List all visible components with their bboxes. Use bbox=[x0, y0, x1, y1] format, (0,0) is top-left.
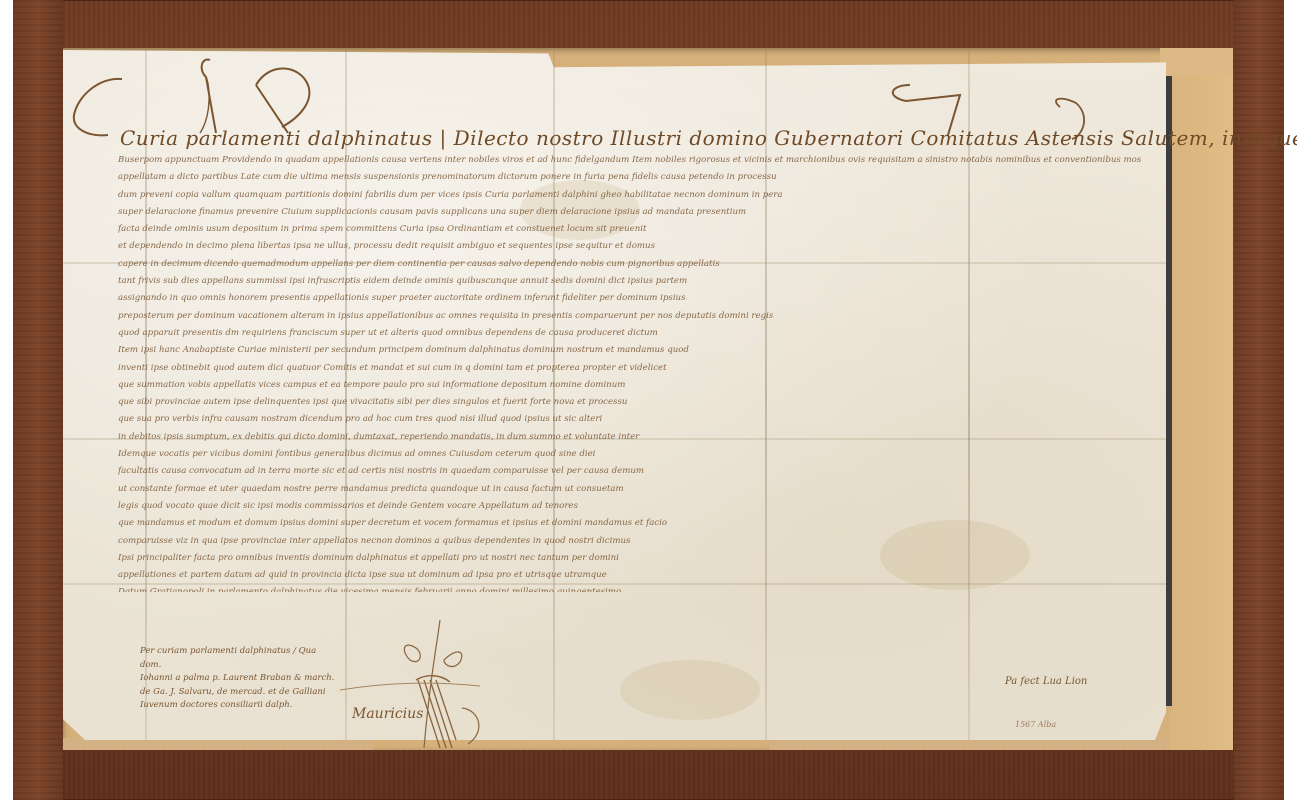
body-line: super delaracione finamus prevenire Ciui… bbox=[118, 204, 1166, 221]
document-heading: Curia parlamenti dalphinatus | Dilecto n… bbox=[120, 126, 1170, 150]
body-line: Ipsi principaliter facta pro omnibus inv… bbox=[118, 550, 1166, 567]
body-line: tant frivis sub dies appellans summissi … bbox=[118, 273, 1166, 290]
signature-left: Mauricius bbox=[352, 706, 423, 722]
body-line: que mandamus et modum et domum ipsius do… bbox=[118, 515, 1166, 532]
subscription-line: Iohanni a palma p. Laurent Braban & marc… bbox=[140, 672, 340, 686]
body-line: inventi ipse obtinebit quod autem dici q… bbox=[118, 360, 1166, 377]
body-line: in debitos ipsis sumptum, ex debitis qui… bbox=[118, 429, 1166, 446]
body-line: quod apparuit presentis dm requiriens fr… bbox=[118, 325, 1166, 342]
body-line: appellationes et partem datum ad quid in… bbox=[118, 567, 1166, 584]
subscription-line: Per curiam parlamenti dalphinatus / Qua … bbox=[140, 645, 340, 672]
body-line: preposterum per dominum vacationem alter… bbox=[118, 308, 1166, 325]
mat-right-panel bbox=[1170, 75, 1233, 750]
body-line: comparuisse viz in qua ipse provinciae i… bbox=[118, 533, 1166, 550]
body-line: facultatis causa convocatum ad in terra … bbox=[118, 463, 1166, 480]
archival-notation: 1567 Alba bbox=[1015, 720, 1056, 729]
body-line: legis quod vocato quae dicit sic ipsi mo… bbox=[118, 498, 1166, 515]
body-line: Datum Gratianopoli in parlamento dalphin… bbox=[118, 584, 1166, 592]
body-line: capere in decimum dicendo quemadmodum ap… bbox=[118, 256, 1166, 273]
document-body: Buserpom appunctuam Providendo in quadam… bbox=[118, 152, 1166, 592]
frame-left-rail bbox=[13, 0, 63, 800]
stain bbox=[620, 660, 760, 720]
signature-right: Pa fect Lua Lion bbox=[1005, 676, 1087, 687]
mat-right-top-panel bbox=[1160, 48, 1233, 77]
body-line: Idemque vocatis per vicibus domini fonti… bbox=[118, 446, 1166, 463]
body-line: que sua pro verbis infra causam nostram … bbox=[118, 411, 1166, 428]
subscription-block: Per curiam parlamenti dalphinatus / Qua … bbox=[140, 645, 340, 713]
body-line: facta deinde ominis usum depositum in pr… bbox=[118, 221, 1166, 238]
body-line: Item ipsi hanc Anabaptiste Curiae minist… bbox=[118, 342, 1166, 359]
body-line: que summation vobis appellatis vices cam… bbox=[118, 377, 1166, 394]
body-line: Buserpom appunctuam Providendo in quadam… bbox=[118, 152, 1166, 169]
body-line: appellatam a dicto partibus Late cum die… bbox=[118, 169, 1166, 186]
body-line: ut constante formae et uter quaedam nost… bbox=[118, 481, 1166, 498]
subscription-line: Iuvenum doctores consiliarii dalph. bbox=[140, 699, 340, 713]
frame-right-rail bbox=[1234, 0, 1284, 800]
body-line: que sibi provinciae autem ipse delinquen… bbox=[118, 394, 1166, 411]
body-line: assignando in quo omnis honorem presenti… bbox=[118, 290, 1166, 307]
subscription-line: de Ga. J. Salvaru, de mercad. et de Gall… bbox=[140, 686, 340, 700]
body-line: dum preveni copia vallum quamquam partit… bbox=[118, 187, 1166, 204]
body-line: et dependendo in decimo plena libertas i… bbox=[118, 238, 1166, 255]
